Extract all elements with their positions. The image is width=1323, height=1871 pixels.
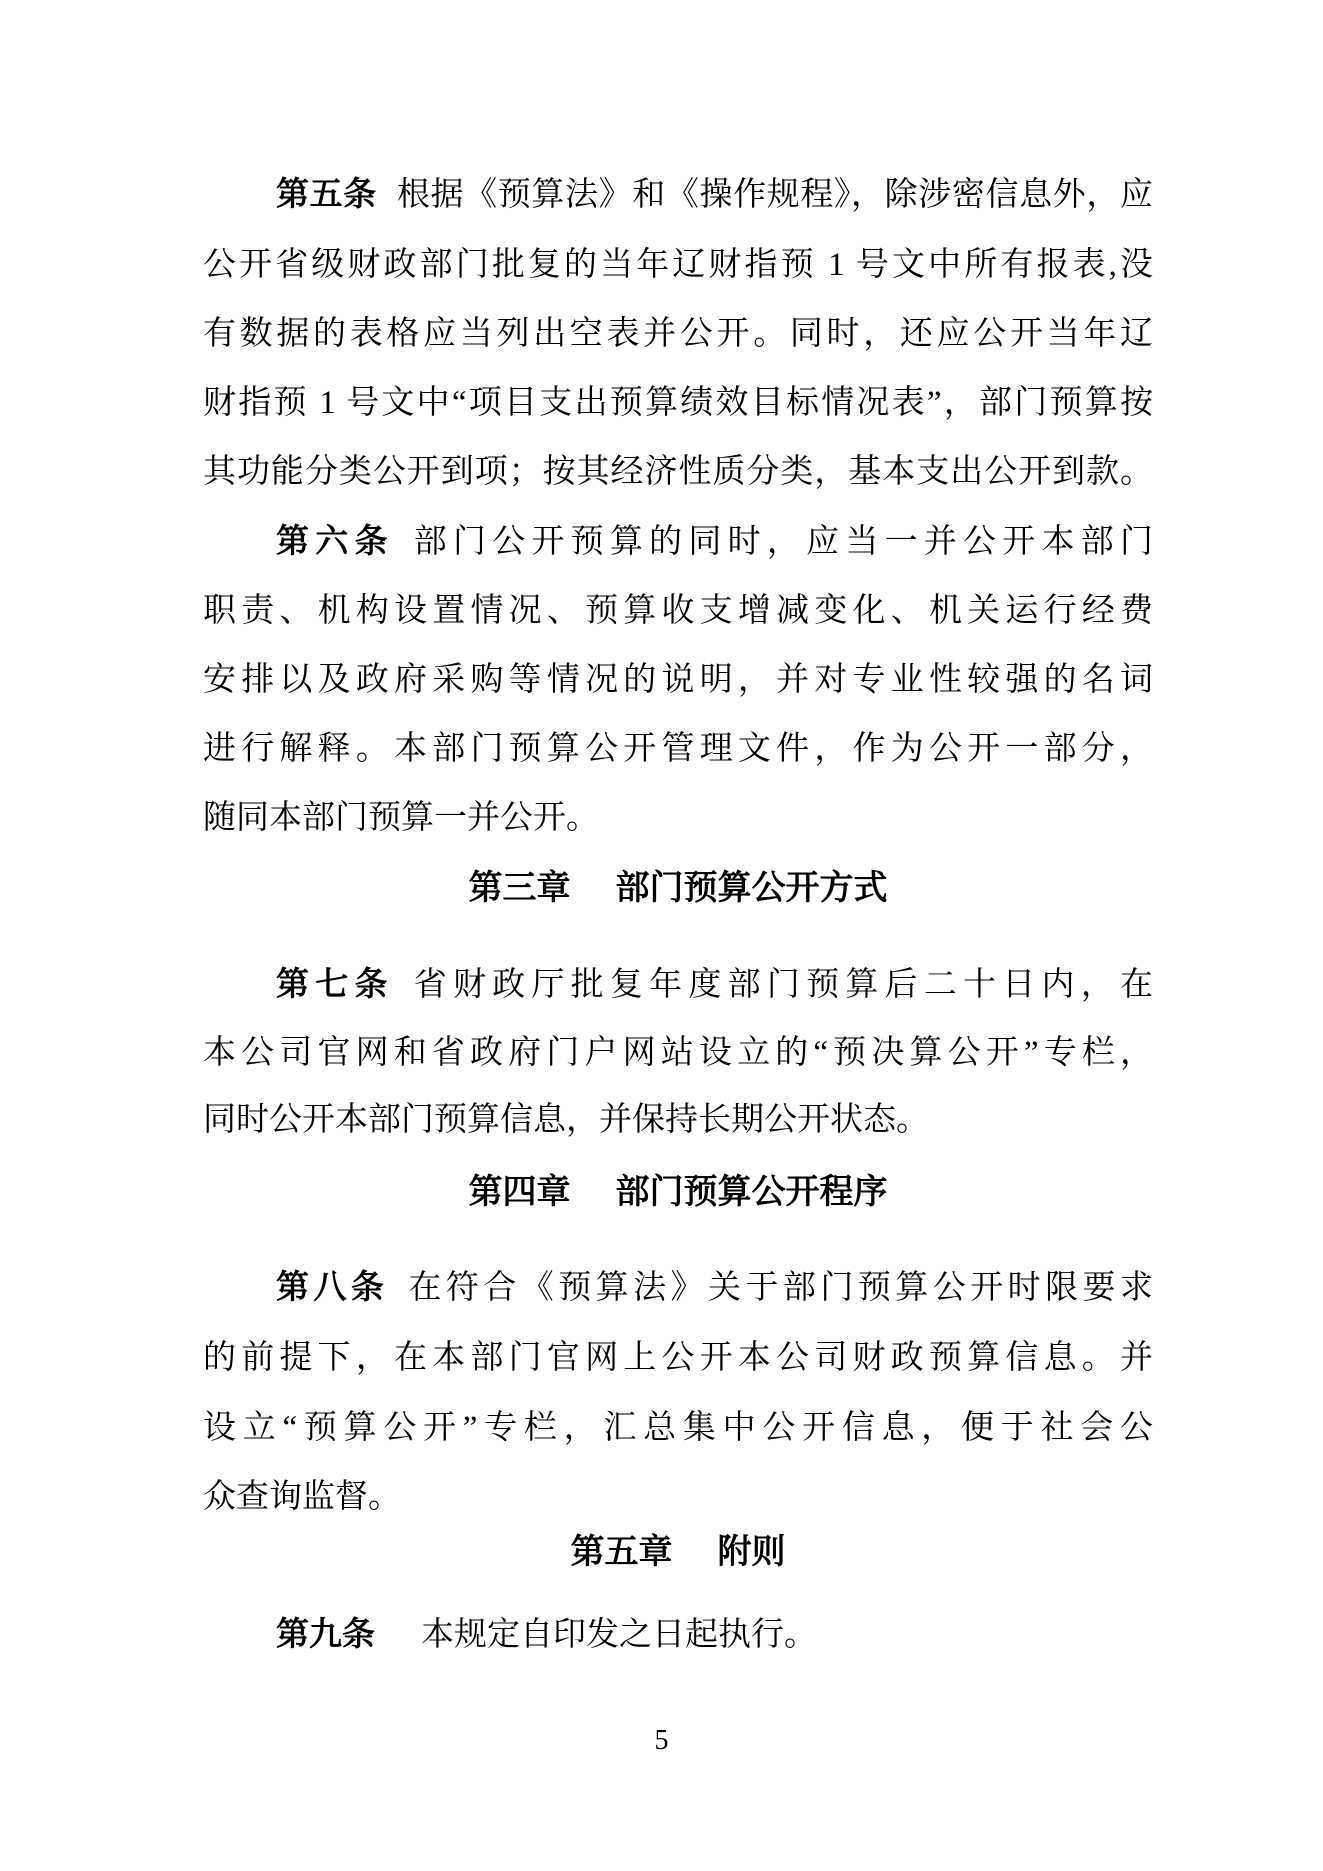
- chapter-title: 部门预算公开方式: [616, 870, 888, 907]
- article-line: 有数据的表格应当列出空表并公开。同时，还应公开当年辽: [203, 313, 1153, 355]
- article-text: 的前提下，在本部门官网上公开本公司财政预算信息。并: [203, 1340, 1153, 1376]
- article-label: 第七条: [276, 967, 394, 1003]
- chapter-title: 部门预算公开程序: [616, 1174, 888, 1211]
- article-line: 第七条省财政厅批复年度部门预算后二十日内，在: [203, 964, 1153, 1006]
- article-text: 在符合《预算法》关于部门预算公开时限要求: [408, 1270, 1153, 1306]
- article-line: 第八条在符合《预算法》关于部门预算公开时限要求: [203, 1267, 1153, 1309]
- article-text: 本规定自印发之日起执行。: [421, 1617, 817, 1653]
- article-text: 安排以及政府采购等情况的说明，并对专业性较强的名词: [203, 662, 1153, 698]
- chapter-label: 第四章: [469, 1174, 571, 1211]
- chapter-heading: 第四章部门预算公开程序: [203, 1171, 1153, 1215]
- chapter-heading: 第三章部门预算公开方式: [203, 867, 1153, 911]
- article-text: 设立“预算公开”专栏，汇总集中公开信息，便于社会公: [203, 1410, 1153, 1446]
- article-text: 众查询监督。: [203, 1479, 401, 1515]
- article-text: 同时公开本部门预算信息，并保持长期公开状态。: [203, 1102, 929, 1138]
- article-label: 第六条: [276, 524, 394, 560]
- article-text: 进行解释。本部门预算公开管理文件，作为公开一部分，: [203, 731, 1153, 767]
- chapter-label: 第五章: [571, 1534, 673, 1571]
- article-line: 众查询监督。: [203, 1476, 1153, 1518]
- article-line: 随同本部门预算一并公开。: [203, 797, 1153, 839]
- article-text: 财指预 1 号文中“项目支出预算绩效目标情况表”，部门预算按: [203, 385, 1153, 421]
- chapter-label: 第三章: [469, 870, 571, 907]
- article-line: 进行解释。本部门预算公开管理文件，作为公开一部分，: [203, 728, 1153, 770]
- article-label: 第九条: [276, 1617, 375, 1653]
- chapter-title: 附则: [718, 1534, 786, 1571]
- article-text: 部门公开预算的同时，应当一并公开本部门: [414, 524, 1153, 560]
- article-line: 财指预 1 号文中“项目支出预算绩效目标情况表”，部门预算按: [203, 382, 1153, 424]
- article-line: 其功能分类公开到项；按其经济性质分类，基本支出公开到款。: [203, 451, 1153, 493]
- article-text: 随同本部门预算一并公开。: [203, 800, 599, 836]
- article-line: 安排以及政府采购等情况的说明，并对专业性较强的名词: [203, 659, 1153, 701]
- article-text: 职责、机构设置情况、预算收支增减变化、机关运行经费: [203, 593, 1153, 629]
- chapter-heading: 第五章附则: [203, 1531, 1153, 1575]
- article-line: 设立“预算公开”专栏，汇总集中公开信息，便于社会公: [203, 1407, 1153, 1449]
- article-text: 省财政厅批复年度部门预算后二十日内，在: [414, 967, 1153, 1003]
- article-line: 第九条本规定自印发之日起执行。: [203, 1614, 1153, 1656]
- article-text: 根据《预算法》和《操作规程》，除涉密信息外，应: [397, 177, 1153, 213]
- article-text: 有数据的表格应当列出空表并公开。同时，还应公开当年辽: [203, 316, 1153, 352]
- article-line: 同时公开本部门预算信息，并保持长期公开状态。: [203, 1099, 1153, 1141]
- article-line: 公开省级财政部门批复的当年辽财指预 1 号文中所有报表,没: [203, 244, 1153, 286]
- article-line: 的前提下，在本部门官网上公开本公司财政预算信息。并: [203, 1337, 1153, 1379]
- page-number: 5: [0, 1724, 1323, 1758]
- article-label: 第八条: [276, 1270, 388, 1306]
- article-line: 职责、机构设置情况、预算收支增减变化、机关运行经费: [203, 590, 1153, 632]
- article-text: 其功能分类公开到项；按其经济性质分类，基本支出公开到款。: [203, 454, 1153, 490]
- article-line: 第六条部门公开预算的同时，应当一并公开本部门: [203, 521, 1153, 563]
- article-text: 公开省级财政部门批复的当年辽财指预 1 号文中所有报表,没: [203, 247, 1153, 283]
- article-line: 第五条根据《预算法》和《操作规程》，除涉密信息外，应: [203, 174, 1153, 216]
- document-page: 第五条根据《预算法》和《操作规程》，除涉密信息外，应 公开省级财政部门批复的当年…: [0, 0, 1323, 1871]
- article-line: 本公司官网和省政府门户网站设立的“预决算公开”专栏，: [203, 1032, 1153, 1074]
- article-text: 本公司官网和省政府门户网站设立的“预决算公开”专栏，: [203, 1035, 1153, 1071]
- article-label: 第五条: [276, 177, 377, 213]
